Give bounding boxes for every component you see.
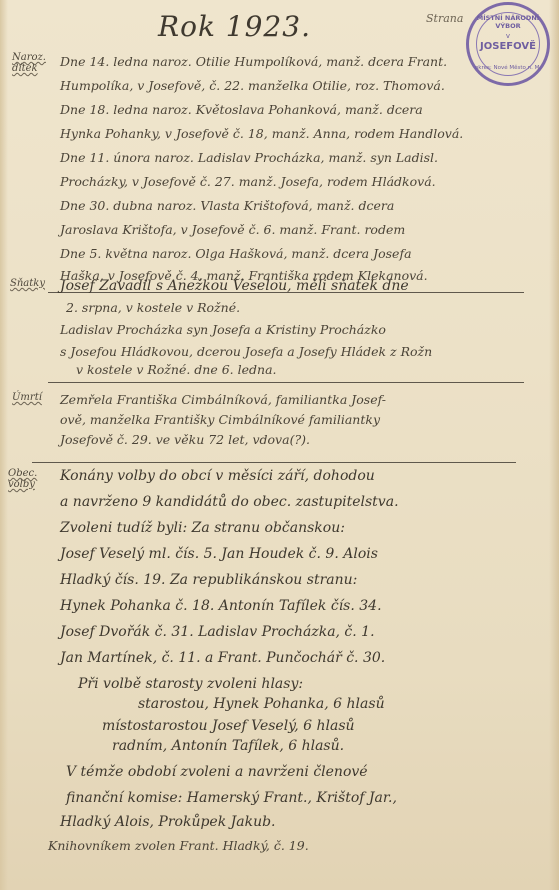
elections-line: Hladký Alois, Prokůpek Jakub. [60,814,276,830]
elections-line: Josef Veselý ml. čís. 5. Jan Houdek č. 9… [60,546,378,562]
births-line: Humpolíka, v Josefově, č. 22. manželka O… [60,78,445,93]
stamp-v: v [469,32,547,40]
marriages-line: Ladislav Procházka syn Josefa a Kristiny… [60,322,386,337]
marriages-line: 2. srpna, v kostele v Rožné. [66,300,240,315]
official-stamp: MÍSTNÍ NÁRODNÍ VÝBOR v JOSEFOVĚ okres: N… [466,2,550,86]
marriages-line: s Josefou Hládkovou, dcerou Josefa a Jos… [60,344,432,359]
births-label: Naroz. dítek [12,52,52,74]
marriages-line: v kostele v Rožné. dne 6. ledna. [76,362,277,377]
births-line: Hynka Pohanky, v Josefově č. 18, manž. A… [60,126,463,141]
page-label: Strana [426,12,463,25]
elections-line: Konány volby do obcí v měsíci září, doho… [60,468,375,484]
deaths-line: Zemřela Františka Cimbálníková, familian… [60,392,386,407]
elections-label: Obec. volby [8,468,38,490]
elections-line: Jan Martínek, č. 11. a Frant. Punčochář … [60,650,385,666]
stamp-city: JOSEFOVĚ [469,41,547,52]
document-page: Rok 1923. Strana MÍSTNÍ NÁRODNÍ VÝBOR v … [0,0,559,890]
elections-line: starostou, Hynek Pohanka, 6 hlasů [138,696,385,712]
elections-line: Knihovníkem zvolen Frant. Hladký, č. 19. [48,838,309,853]
marriages-label: Sňatky [10,278,45,289]
births-line: Dne 18. ledna naroz. Květoslava Pohankov… [60,102,423,117]
elections-line: Hladký čís. 19. Za republikánskou stranu… [60,572,357,588]
marriages-line: Josef Zavadil s Anežkou Veselou, měli sň… [60,278,409,294]
elections-line: Hynek Pohanka č. 18. Antonín Tafílek čís… [60,598,382,614]
births-line: Dne 5. května naroz. Olga Hašková, manž.… [60,246,412,261]
deaths-line: Josefově č. 29. ve věku 72 let, vdova(?)… [60,432,310,447]
stamp-top-text: MÍSTNÍ NÁRODNÍ VÝBOR [469,14,547,30]
elections-line: V témže období zvoleni a navrženi členov… [66,764,368,780]
stamp-bottom-text: okres: Nové Město n. M. [469,65,547,71]
elections-line: Josef Dvořák č. 31. Ladislav Procházka, … [60,624,375,640]
births-line: Procházky, v Josefově č. 27. manž. Josef… [60,174,436,189]
elections-line: finanční komise: Hamerský Frant., Krišto… [66,790,397,806]
elections-line: radním, Antonín Tafílek, 6 hlasů. [112,738,344,754]
section-divider [48,382,524,383]
page-title: Rok 1923. [158,10,311,43]
deaths-label: Úmrtí [12,392,42,403]
births-line: Dne 14. ledna naroz. Otilie Humpolíková,… [60,54,447,69]
elections-line: a navrženo 9 kandidátů do obec. zastupit… [60,494,399,510]
elections-line: Zvoleni tudíž byli: Za stranu občanskou: [60,520,345,536]
births-line: Dne 11. února naroz. Ladislav Procházka,… [60,150,438,165]
births-line: Dne 30. dubna naroz. Vlasta Krištofová, … [60,198,394,213]
elections-line: místostarostou Josef Veselý, 6 hlasů [102,718,355,734]
elections-line: Při volbě starosty zvoleni hlasy: [78,676,303,692]
section-divider [32,462,516,463]
births-line: Jaroslava Krištofa, v Josefově č. 6. man… [60,222,405,237]
deaths-line: ově, manželka Františky Cimbálníkové fam… [60,412,380,427]
